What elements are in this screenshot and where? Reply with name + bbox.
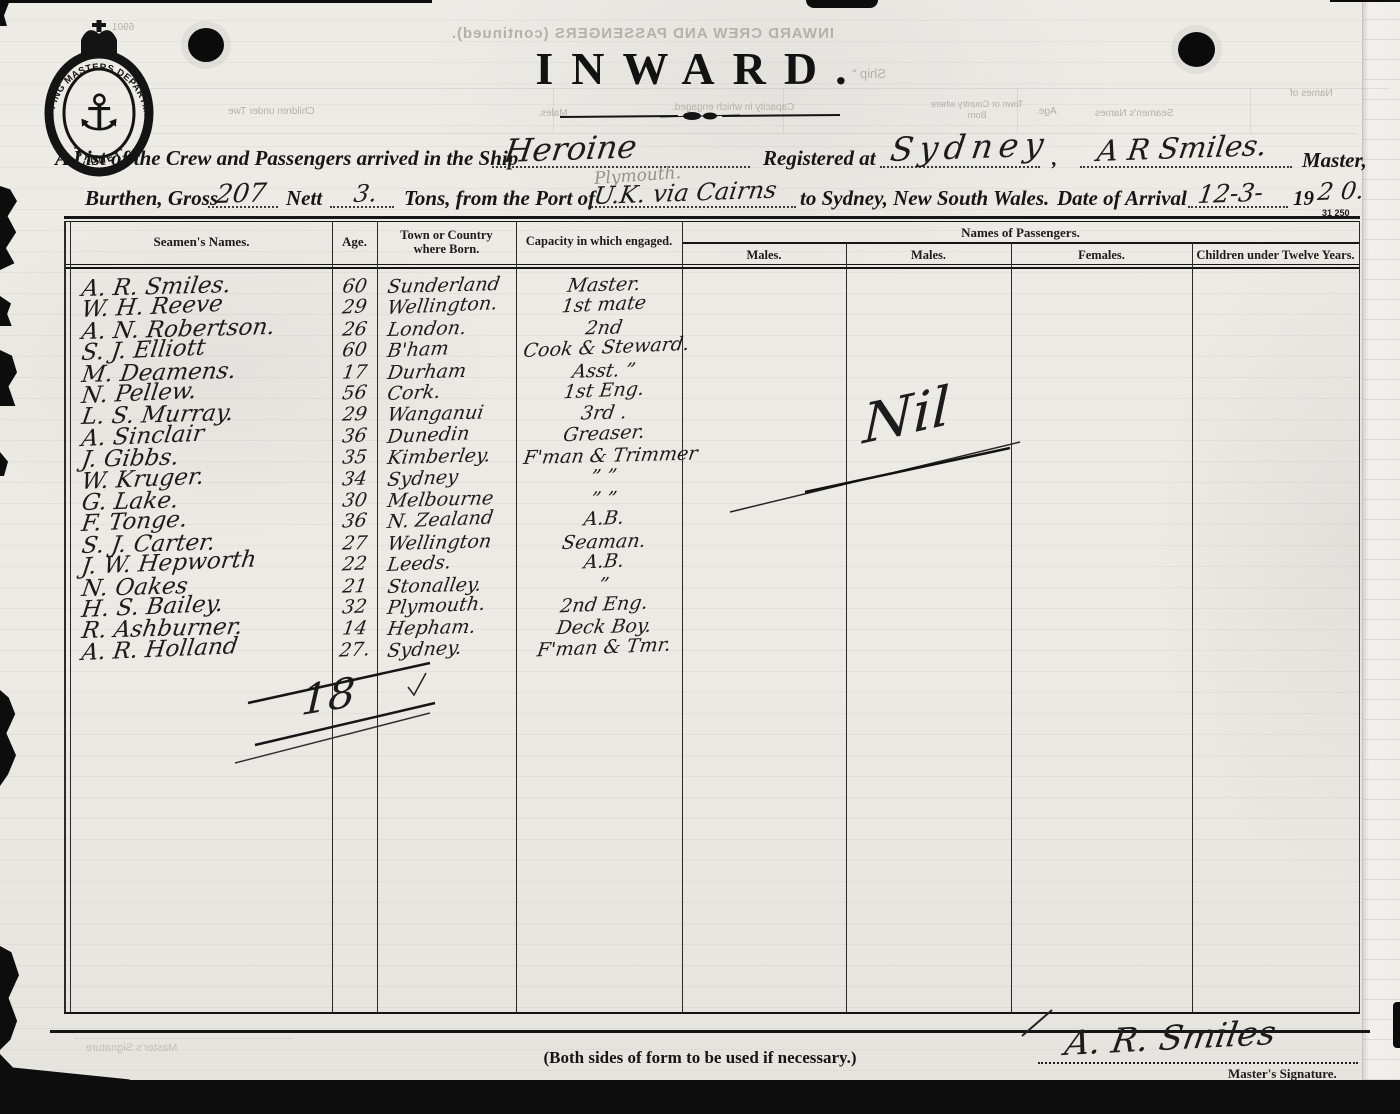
crew-total-strokes [230, 655, 450, 775]
edge-top-left [0, 0, 432, 3]
signature-scuff [1018, 1008, 1058, 1038]
col-header-passengers: Names of Passengers. [682, 225, 1359, 241]
crew-age: 29 [328, 295, 381, 319]
table-row: G. Lake. 30 Melbourne ” ” [0, 490, 1400, 512]
tons-port-label: Tons, from the Port of [404, 186, 595, 211]
col-header-females: Females. [1011, 248, 1192, 263]
crew-born: B'ham [386, 335, 520, 363]
burthen-gross-label: Burthen, Gross [85, 186, 218, 211]
table-top-rule-heavy [64, 216, 1360, 219]
scan-bottom-band [0, 1080, 1400, 1114]
registered-value: Sydney [888, 125, 1052, 169]
registered-label: Registered at [763, 146, 876, 171]
crew-age: 36 [328, 424, 381, 448]
table-row: A. Sinclair 36 Dunedin Greaser. [0, 426, 1400, 448]
bleed-signature-mirrored: Master's Signature [86, 1042, 177, 1054]
intro-comma: , [1052, 146, 1057, 171]
bleed-children-mirrored: Children under Twe [228, 106, 315, 117]
crew-age: 35 [328, 446, 382, 469]
table-row: J. Gibbs. 35 Kimberley. F'man & Trimmer [0, 447, 1400, 469]
table-row: J. W. Hepworth 22 Leeds. A.B. [0, 554, 1400, 576]
header-bottom-thin [64, 264, 1360, 265]
passengers-underline [682, 242, 1359, 244]
col-header-males1: Males. [682, 248, 846, 263]
to-sydney-label: to Sydney, New South Wales. [800, 186, 1049, 211]
scanned-crew-list-form: INWARD CREW AND PASSENGERS (continued). … [0, 0, 1400, 1114]
crew-age: 17 [328, 360, 382, 383]
col-header-town-line1: Town or Country [377, 228, 516, 243]
bleed-seamen-mirrored: Seamen's Names [1095, 108, 1174, 119]
crew-age: 14 [328, 617, 382, 640]
year-hand: 2 0. [1316, 176, 1366, 206]
intro-line1-prefix: A List of the Crew and Passengers arrive… [55, 146, 518, 171]
crew-age: 32 [328, 595, 381, 619]
table-row: L. S. Murray. 29 Wanganui 3rd . [0, 404, 1400, 426]
col-header-seamen: Seamen's Names. [71, 234, 332, 250]
crew-born: Leeds. [386, 549, 520, 577]
gross-value: 207 [214, 178, 268, 210]
ship-name-value: Heroine [502, 127, 639, 170]
edge-top-blob [806, 0, 878, 8]
crew-age: 56 [328, 381, 381, 405]
title-divider [560, 108, 840, 124]
table-bottom-rule [64, 1012, 1360, 1014]
bleed-town-mirrored: Town or Country where Born [922, 99, 1032, 121]
master-label: Master, [1302, 148, 1367, 173]
table-row: A. N. Robertson. 26 London. 2nd [0, 319, 1400, 341]
col-header-children: Children under Twelve Years. [1192, 248, 1359, 263]
arrival-label: Date of Arrival [1057, 186, 1187, 211]
col-header-town-line2: where Born. [377, 242, 516, 257]
table-row: W. Kruger. 34 Sydney ” ” [0, 469, 1400, 491]
table-top-rule-thin [64, 221, 1360, 222]
crew-age: 34 [328, 466, 381, 490]
bleed-header-mirrored: INWARD CREW AND PASSENGERS (continued). [462, 25, 834, 42]
crew-age: 60 [328, 338, 381, 362]
nil-underline-strokes [720, 420, 1040, 520]
edge-right-nib [1393, 1002, 1400, 1048]
crew-age: 21 [328, 574, 382, 597]
col-header-age: Age. [332, 234, 377, 250]
header-bottom-heavy [64, 267, 1360, 269]
nett-label: Nett [286, 186, 322, 211]
bleed-age-mirrored: Age. [1036, 106, 1057, 117]
bleed-signature-line [75, 1038, 293, 1039]
crew-age: 36 [328, 509, 381, 533]
edge-top-right [1330, 0, 1400, 2]
arrival-value: 12-3- [1196, 178, 1265, 209]
crew-age: 22 [328, 552, 381, 576]
master-name-value: A R Smiles. [1095, 128, 1269, 168]
crew-age: 29 [328, 403, 382, 426]
nett-value: 3. [352, 179, 379, 208]
col-header-capacity: Capacity in which engaged. [516, 234, 682, 249]
col-header-males2: Males. [846, 248, 1011, 263]
year-print: 19 [1293, 186, 1314, 211]
table-row: M. Deamens. 17 Durham Asst. ” [0, 362, 1400, 384]
page-title: INWARD. [0, 42, 1400, 95]
table-row: A. R. Holland 27. Sydney. F'man & Tmr. [0, 640, 1400, 662]
